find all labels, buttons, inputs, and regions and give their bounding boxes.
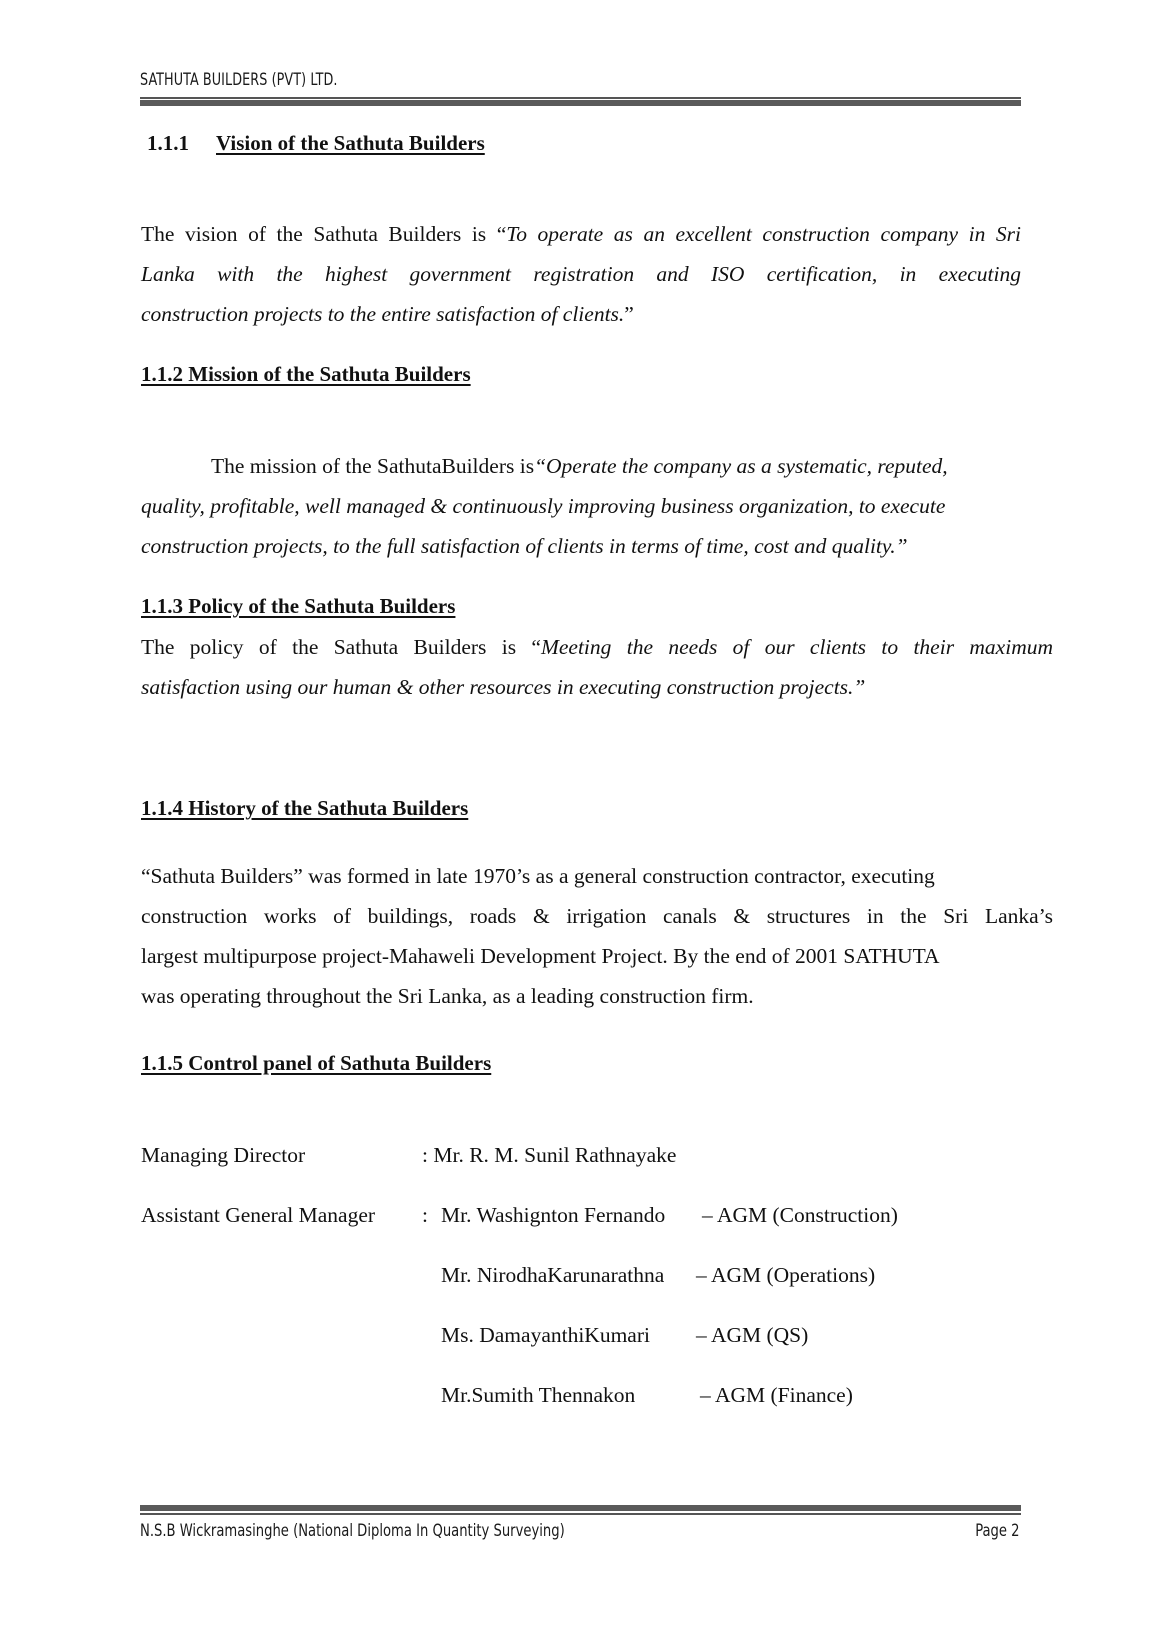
agm-label: Assistant General Manager <box>141 1203 375 1228</box>
vision-line-2: Lanka with the highest government regist… <box>141 262 1021 287</box>
agm-separator: : <box>422 1203 428 1228</box>
agm-name: Mr.Sumith Thennakon <box>441 1383 635 1408</box>
agm-name: Ms. DamayanthiKumari <box>441 1323 650 1348</box>
agm-name: Mr. NirodhaKarunarathna <box>441 1263 664 1288</box>
footer-rule-thick <box>140 1505 1021 1511</box>
header-rule-thick <box>140 100 1021 106</box>
section-heading-history: 1.1.4 History of the Sathuta Builders <box>141 796 468 821</box>
agm-role: – AGM (Finance) <box>700 1383 853 1408</box>
section-heading-control-panel: 1.1.5 Control panel of Sathuta Builders <box>141 1051 491 1076</box>
agm-role: – AGM (Construction) <box>702 1203 898 1228</box>
running-header: SATHUTA BUILDERS (PVT) LTD. <box>140 70 338 89</box>
section-number-vision: 1.1.1 <box>147 131 189 156</box>
header-rule-thin <box>140 97 1021 99</box>
footer-rule-thin <box>140 1513 1021 1515</box>
mission-line-3: construction projects, to the full satis… <box>141 534 908 559</box>
vision-line-3: construction projects to the entire sati… <box>141 302 634 327</box>
managing-director-label: Managing Director <box>141 1143 305 1168</box>
section-heading-vision: Vision of the Sathuta Builders <box>216 131 485 156</box>
mission-line-2: quality, profitable, well managed & cont… <box>141 494 945 519</box>
managing-director-value: : Mr. R. M. Sunil Rathnayake <box>422 1143 676 1168</box>
history-line-2: construction works of buildings, roads &… <box>141 904 1053 929</box>
footer-author: N.S.B Wickramasinghe (National Diploma I… <box>140 1521 565 1541</box>
agm-name: Mr. Washignton Fernando <box>441 1203 665 1228</box>
history-line-3: largest multipurpose project-Mahaweli De… <box>141 944 940 969</box>
history-line-4: was operating throughout the Sri Lanka, … <box>141 984 754 1009</box>
vision-line-1: The vision of the Sathuta Builders is “T… <box>141 222 1021 247</box>
section-heading-policy: 1.1.3 Policy of the Sathuta Builders <box>141 594 455 619</box>
page-number: Page 2 <box>976 1521 1020 1541</box>
agm-role: – AGM (QS) <box>696 1323 808 1348</box>
policy-line-1: The policy of the Sathuta Builders is “M… <box>141 635 1053 660</box>
agm-role: – AGM (Operations) <box>696 1263 875 1288</box>
section-heading-mission: 1.1.2 Mission of the Sathuta Builders <box>141 362 471 387</box>
mission-line-1: The mission of the SathutaBuilders is“Op… <box>211 454 948 479</box>
history-line-1: “Sathuta Builders” was formed in late 19… <box>141 864 935 889</box>
policy-line-2: satisfaction using our human & other res… <box>141 675 865 700</box>
